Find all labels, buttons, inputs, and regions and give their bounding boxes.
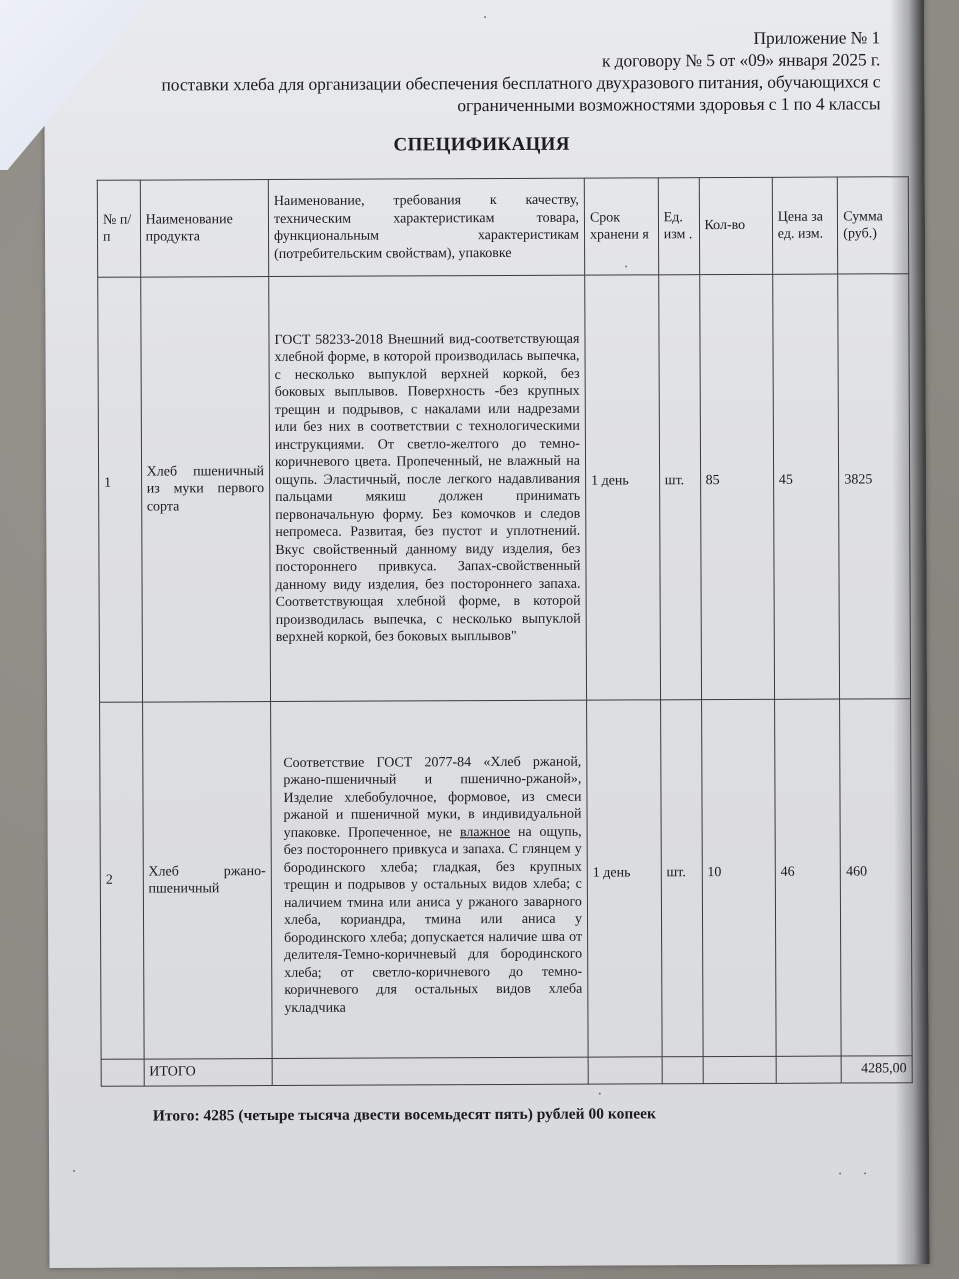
- shelf-life: 1 день: [585, 275, 661, 700]
- quantity: 85: [699, 274, 774, 699]
- empty-cell: [776, 1056, 842, 1083]
- empty-cell: [101, 1059, 144, 1086]
- table-row: 1 Хлеб пшеничный из муки первого сорта Г…: [98, 274, 911, 703]
- column-header-description: Наименование, требования к качеству, тех…: [268, 178, 584, 276]
- total-row: ИТОГО 4285,00: [101, 1056, 912, 1087]
- column-header-unit: Ед. изм .: [658, 178, 699, 275]
- shelf-life: 1 день: [587, 700, 662, 1057]
- product-description: Соответствие ГОСТ 2077-84 «Хлеб ржаной, …: [271, 700, 589, 1058]
- product-description: ГОСТ 58233-2018 Внешний вид-соответствую…: [269, 275, 587, 701]
- unit-price: 45: [772, 274, 839, 699]
- grand-total-in-words: Итого: 4285 (четыре тысяча двести восемь…: [153, 1105, 656, 1125]
- column-header-quantity: Кол-во: [699, 177, 773, 274]
- unit-price: 46: [774, 699, 841, 1056]
- line-sum: 460: [840, 699, 912, 1056]
- empty-cell: [662, 1057, 703, 1084]
- scan-speck: [484, 16, 486, 18]
- total-sum: 4285,00: [841, 1056, 912, 1083]
- unit: шт.: [660, 700, 702, 1057]
- row-number: 2: [100, 702, 144, 1059]
- column-header-number: № п/п: [97, 180, 140, 277]
- appendix-header: Приложение № 1 к договору № 5 от «09» ян…: [60, 26, 880, 118]
- scan-speck: [864, 1172, 866, 1174]
- quantity: 10: [701, 699, 776, 1056]
- column-header-product: Наименование продукта: [140, 180, 269, 278]
- empty-cell: [588, 1057, 662, 1084]
- scan-speck: [73, 1170, 75, 1172]
- column-header-price: Цена за ед. изм.: [772, 177, 838, 274]
- table-header-row: № п/п Наименование продукта Наименование…: [97, 177, 908, 278]
- document-title: СПЕЦИФИКАЦИЯ: [39, 132, 925, 158]
- empty-cell: [703, 1056, 776, 1083]
- contract-subject-cont: ограниченными возможностями здоровья с 1…: [60, 92, 880, 118]
- specification-table: № п/п Наименование продукта Наименование…: [97, 176, 913, 1087]
- scan-speck: [625, 265, 627, 267]
- column-header-sum: Сумма (руб.): [838, 177, 909, 274]
- unit: шт.: [658, 275, 701, 700]
- total-label: ИТОГО: [144, 1059, 272, 1087]
- column-header-shelf-life: Срок хранени я: [584, 178, 658, 275]
- underlined-word: влажное: [460, 825, 510, 840]
- scan-speck: [839, 1173, 841, 1175]
- document-sheet: Приложение № 1 к договору № 5 от «09» ян…: [44, 0, 930, 1268]
- scan-speck: [599, 1093, 601, 1095]
- row-number: 1: [98, 277, 142, 702]
- empty-cell: [272, 1057, 588, 1085]
- product-name: Хлеб пшеничный из муки первого сорта: [140, 277, 270, 703]
- product-name: Хлеб ржано-пшеничный: [142, 702, 272, 1060]
- line-sum: 3825: [838, 274, 911, 699]
- table-row: 2 Хлеб ржано-пшеничный Соответствие ГОСТ…: [100, 699, 913, 1060]
